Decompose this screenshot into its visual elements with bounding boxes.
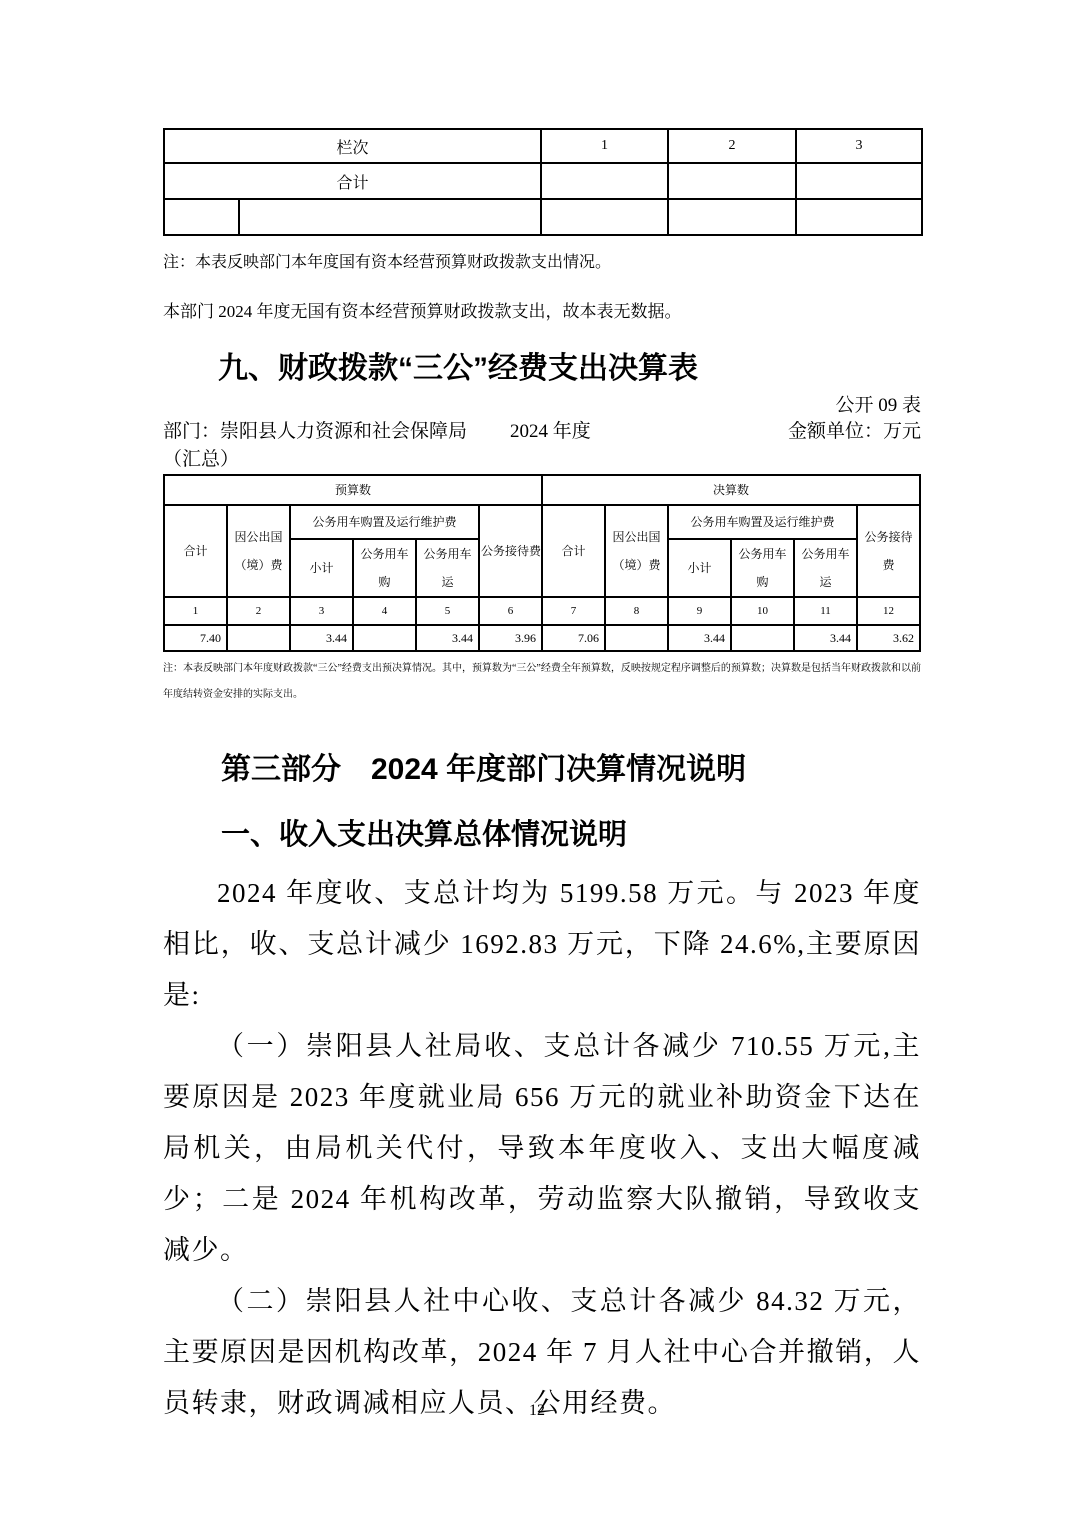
column-number: 12 xyxy=(857,597,920,625)
empty-cell xyxy=(796,163,922,199)
value-cell: 3.44 xyxy=(416,625,479,651)
column-number: 1 xyxy=(164,597,227,625)
value-cell: 7.06 xyxy=(542,625,605,651)
document-page: 栏次 1 2 3 合计 注：本表反映部门本年度国有资本经营预算财政拨款支出情况。… xyxy=(163,0,921,1429)
empty-cell xyxy=(668,163,796,199)
value-cell xyxy=(605,625,668,651)
budget-vehicle-operation-header: 公务用车运 xyxy=(416,539,479,597)
budget-vehicle-purchase-header: 公务用车购 xyxy=(353,539,416,597)
budget-vehicle-header: 公务用车购置及运行维护费 xyxy=(290,505,479,539)
table-meta-row: 部门：崇阳县人力资源和社会保障局（汇总） 2024 年度 金额单位：万元 xyxy=(163,418,921,474)
empty-cell xyxy=(239,199,541,235)
section-one-heading: 一、收入支出决算总体情况说明 xyxy=(163,816,921,854)
final-vehicle-operation-header: 公务用车运 xyxy=(794,539,857,597)
state-capital-table-note: 注：本表反映部门本年度国有资本经营预算财政拨款支出情况。 xyxy=(163,252,921,274)
sangong-expenditure-table: 预算数 决算数 合计 因公出国（境）费 公务用车购置及运行维护费 公务接待费 合… xyxy=(163,474,921,652)
column-number: 7 xyxy=(542,597,605,625)
final-vehicle-purchase-header: 公务用车购 xyxy=(731,539,794,597)
budget-total-header: 合计 xyxy=(164,505,227,597)
budget-group-header: 预算数 xyxy=(164,475,542,505)
column-number: 3 xyxy=(290,597,353,625)
value-cell xyxy=(227,625,290,651)
final-total-header: 合计 xyxy=(542,505,605,597)
column-number: 8 xyxy=(605,597,668,625)
column-number: 5 xyxy=(416,597,479,625)
total-row-label: 合计 xyxy=(164,163,541,199)
state-capital-expenditure-table: 栏次 1 2 3 合计 xyxy=(163,128,923,236)
value-cell xyxy=(731,625,794,651)
value-cell: 3.96 xyxy=(479,625,542,651)
budget-abroad-header: 因公出国（境）费 xyxy=(227,505,290,597)
part-three-title: 第三部分 2024 年度部门决算情况说明 xyxy=(163,750,921,790)
section-nine-title: 九、财政拨款“三公”经费支出决算表 xyxy=(163,348,921,390)
page-number: 12 xyxy=(0,1402,1074,1420)
column-number-1: 1 xyxy=(541,129,668,163)
table-code-label: 公开 09 表 xyxy=(163,394,921,418)
final-abroad-header: 因公出国（境）费 xyxy=(605,505,668,597)
value-cell: 7.40 xyxy=(164,625,227,651)
final-group-header: 决算数 xyxy=(542,475,920,505)
value-cell: 3.44 xyxy=(668,625,731,651)
empty-cell xyxy=(541,199,668,235)
empty-cell xyxy=(796,199,922,235)
value-cell xyxy=(353,625,416,651)
paragraph-reason-1: （一）崇阳县人社局收、支总计各减少 710.55 万元,主要原因是 2023 年… xyxy=(163,1021,921,1276)
column-number: 11 xyxy=(794,597,857,625)
column-header-label: 栏次 xyxy=(164,129,541,163)
fiscal-year-label: 2024 年度 xyxy=(510,418,591,446)
column-number: 9 xyxy=(668,597,731,625)
budget-reception-header: 公务接待费 xyxy=(479,505,542,597)
budget-vehicle-subtotal-header: 小计 xyxy=(290,539,353,597)
sangong-table-note: 注：本表反映部门本年度财政拨款“三公”经费支出预决算情况。其中，预算数为“三公”… xyxy=(163,656,921,708)
empty-cell xyxy=(541,163,668,199)
empty-cell xyxy=(164,199,239,235)
final-vehicle-subtotal-header: 小计 xyxy=(668,539,731,597)
final-reception-header: 公务接待费 xyxy=(857,505,920,597)
paragraph-overview: 2024 年度收、支总计均为 5199.58 万元。与 2023 年度相比，收、… xyxy=(163,868,921,1021)
column-number: 4 xyxy=(353,597,416,625)
no-data-note: 本部门 2024 年度无国有资本经营预算财政拨款支出，故本表无数据。 xyxy=(163,300,921,324)
column-number-2: 2 xyxy=(668,129,796,163)
value-cell: 3.44 xyxy=(794,625,857,651)
amount-unit-label: 金额单位：万元 xyxy=(788,418,921,446)
value-cell: 3.44 xyxy=(290,625,353,651)
column-number: 10 xyxy=(731,597,794,625)
column-number: 2 xyxy=(227,597,290,625)
department-label: 部门：崇阳县人力资源和社会保障局（汇总） xyxy=(163,418,493,474)
empty-cell xyxy=(668,199,796,235)
final-vehicle-header: 公务用车购置及运行维护费 xyxy=(668,505,857,539)
column-number: 6 xyxy=(479,597,542,625)
column-number-3: 3 xyxy=(796,129,922,163)
value-cell: 3.62 xyxy=(857,625,920,651)
